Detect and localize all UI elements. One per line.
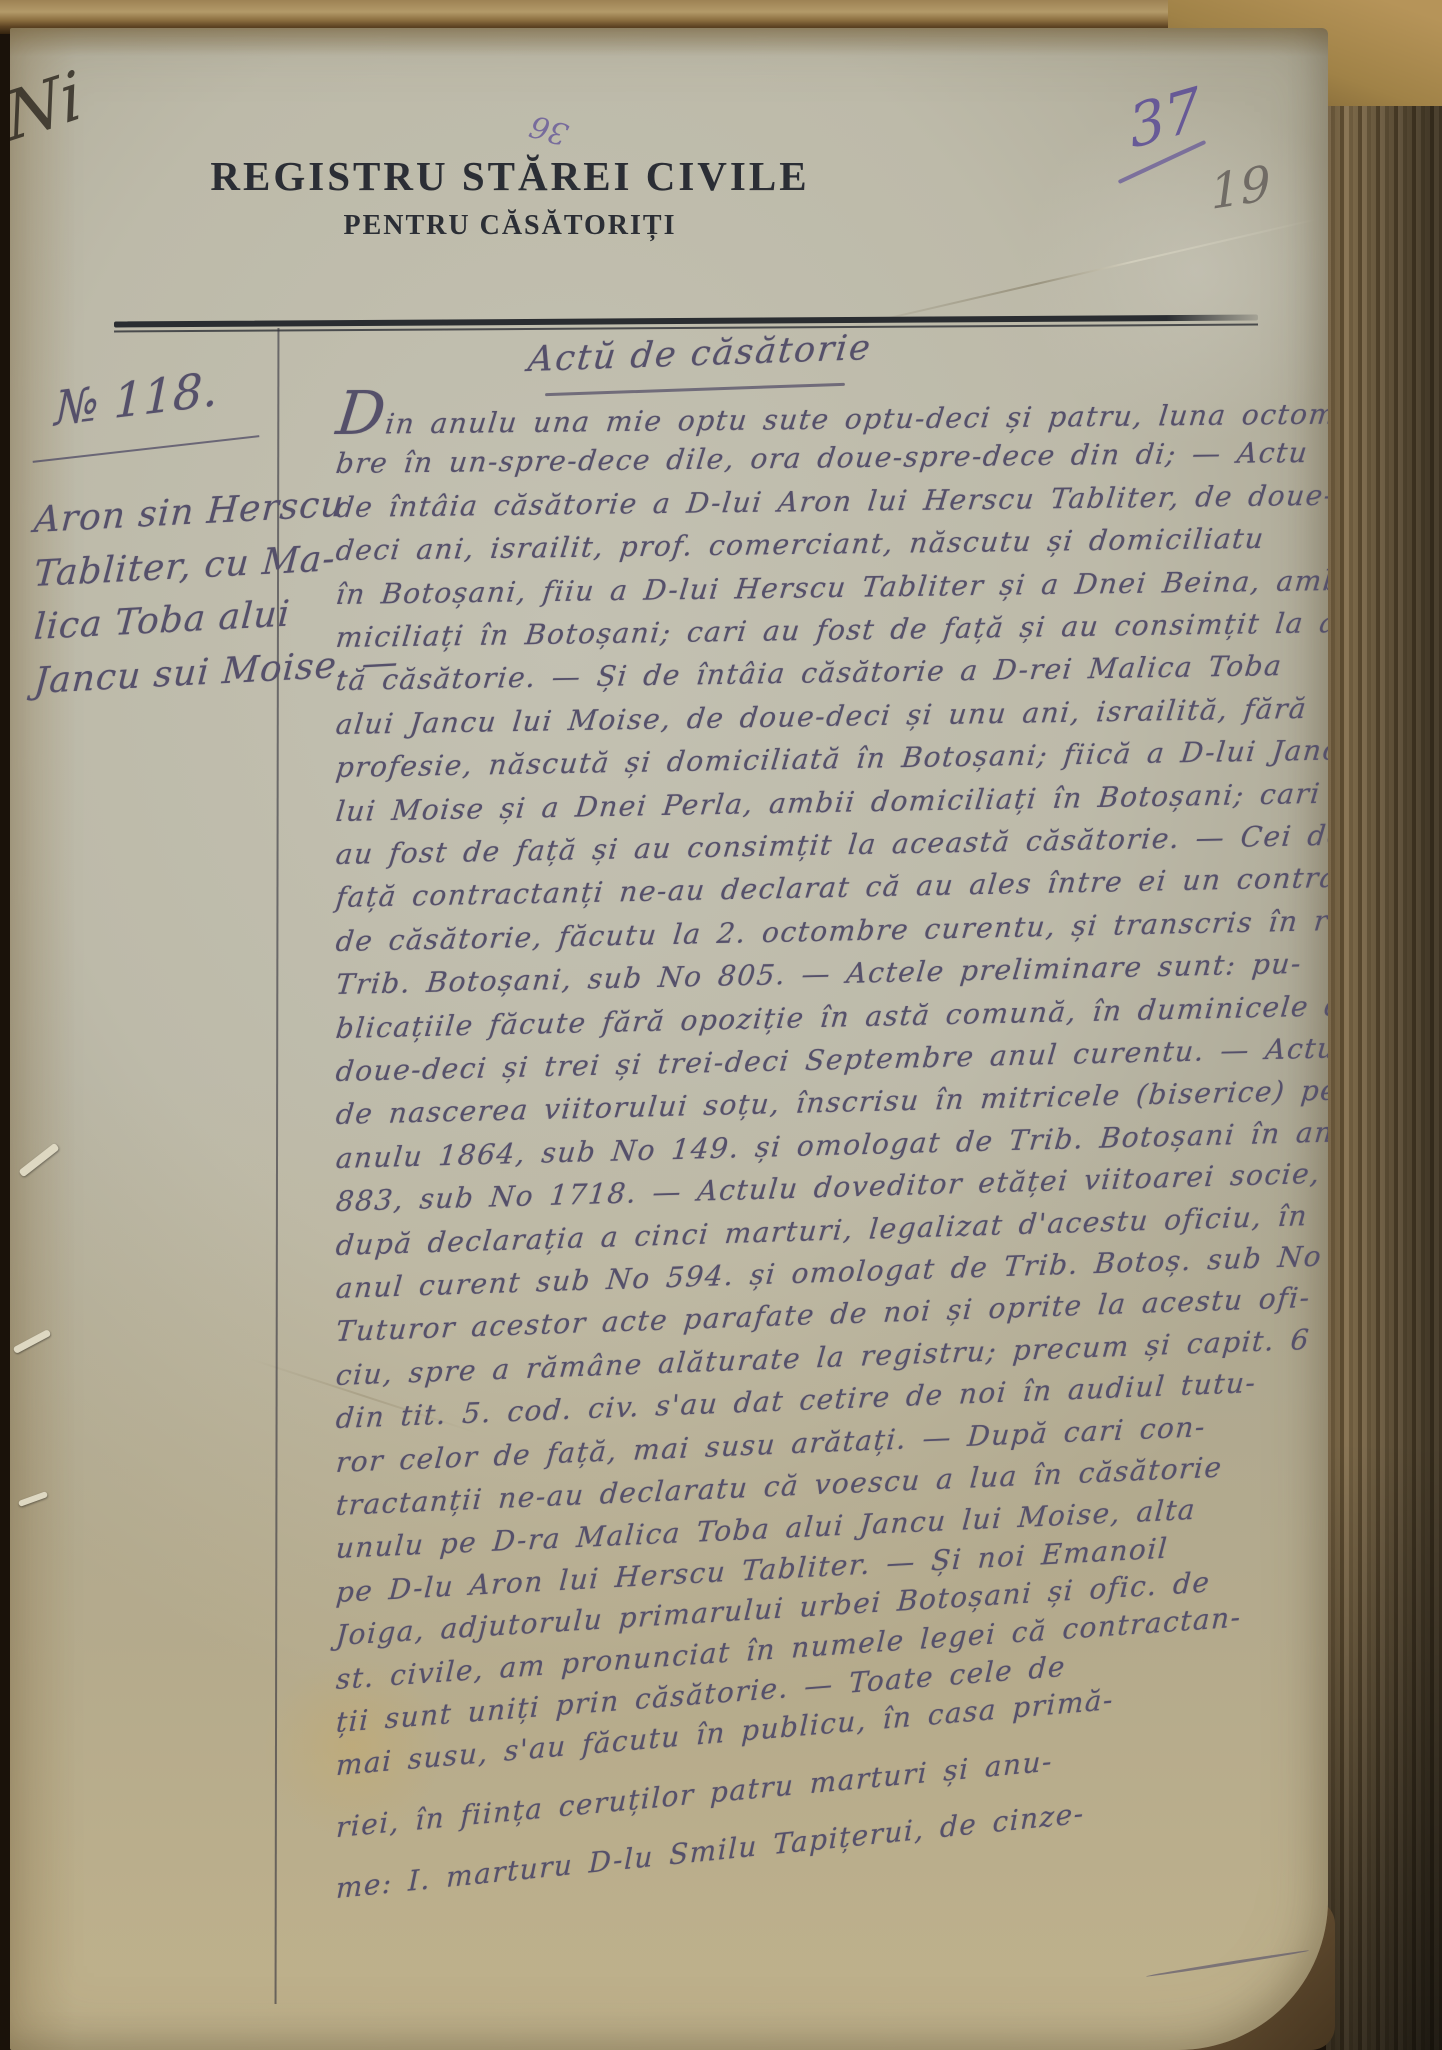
act-body-line: față contractanți ne-au declarat că au a… [334,860,1328,914]
act-body-line: bre în un-spre-dece dile, ora doue-spre-… [334,436,1310,480]
corner-scribble: Ni [10,56,86,158]
act-body-line: de întâia căsătorie a D-lui Aron lui Her… [334,479,1328,524]
act-body-line: alui Jancu lui Moise, de doue-deci și un… [334,692,1309,741]
margin-name-line: Tabliter, cu Ma- [33,538,337,595]
act-body-line: Din anulu una mie optu sute optu-deci și… [334,393,1328,441]
act-body-line: tă căsătorie. — Și de întâia căsătorie a… [334,649,1284,697]
header-divider-rule [114,315,1258,333]
register-title: REGISTRU STĂREI CIVILE [10,152,1010,200]
binding-stitch [18,1143,59,1178]
margin-name-line: lica Toba alui [33,593,292,648]
binding-stitch [13,1329,52,1354]
book-page-block-edge [1326,24,1442,2050]
act-heading: Actŭ de căsătorie [348,322,1052,387]
margin-name-line: Aron sin Herscu [33,484,346,541]
binding-stitch [18,1491,48,1507]
act-number: № 118. [54,362,218,438]
act-heading-underline [545,383,845,396]
act-body-line: deci ani, israilit, prof. comerciant, nă… [334,522,1266,567]
stamp-squiggle: 36 [526,107,572,151]
register-subtitle: PENTRU CĂSĂTORIȚI [10,210,1010,242]
act-body-line: lui Moise și a Dnei Perla, ambii domicil… [334,777,1322,828]
folio-number-pencil: 19 [1209,155,1272,221]
act-body-line: profesie, născută și domiciliată în Boto… [334,733,1328,784]
book-scan: Ni 36 37 19 REGISTRU STĂREI CIVILE PENTR… [0,0,1442,2050]
signature-flourish [1146,1949,1309,1978]
act-body-line: în Botoșani, fiiu a D-lui Herscu Tablite… [334,562,1328,610]
act-number-underline [33,435,260,463]
act-body-line: miciliați în Botoșani; cari au fost de f… [334,605,1328,654]
register-page: Ni 36 37 19 REGISTRU STĂREI CIVILE PENTR… [10,28,1328,2050]
